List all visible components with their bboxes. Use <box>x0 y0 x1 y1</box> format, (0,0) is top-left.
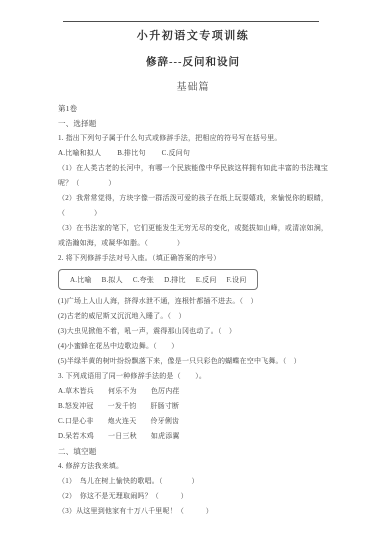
q1-option-c: C.反问句 <box>162 148 190 159</box>
q2-item-1: (1)广场上人山人海，挤得水泄不通，连根针都插不进去。（ ） <box>58 296 328 307</box>
doc-subtitle: 修辞---反问和设问 <box>58 56 328 69</box>
q2-item-5: (5)半绿半黄的树叶纷纷飘落下来，像是一只只彩色的蝴蝶在空中飞舞。（ ） <box>58 356 328 367</box>
q3-row-c-idiom-3: 伶牙俐齿 <box>150 416 179 427</box>
q3-row-c-idiom-2: 炮火连天 <box>108 416 137 427</box>
q4-item-3: （3）从这里到他家有十万八千里呢！（ ） <box>58 506 328 517</box>
q3-row-b-idiom-2: 一发千钧 <box>108 401 137 412</box>
q4-item-1: （1） 鸟儿在树上愉快的歌唱。（ ） <box>58 476 328 487</box>
q1-item-1-line-2: 呢？（ ） <box>58 178 328 189</box>
document-page: 小升初语文专项训练 修辞---反问和设问 基础篇 第1卷 一、选择题 1. 指出… <box>0 0 382 540</box>
q2-item-4: (4)小蜜蜂在花丛中边歌边舞。（ ） <box>58 341 328 352</box>
q4-stem: 4. 修辞方法我来填。 <box>58 461 328 472</box>
q3-row-d-idiom-2: 一日三秋 <box>108 431 137 442</box>
doc-edition: 基础篇 <box>58 81 328 94</box>
q3-row-c-idiom-1: C.口是心非 <box>58 416 94 427</box>
q2-box-option-b: B.拟人 <box>102 275 123 285</box>
q1-item-3-line-1: （3）在书法家的笔下，它们更能发生无穷无尽的变化，或挺拔如山峰，或清凉如涧， <box>58 223 328 234</box>
doc-title: 小升初语文专项训练 <box>58 30 328 43</box>
q3-row-d-idiom-1: D.呆若木鸡 <box>58 431 94 442</box>
q3-row-a-idiom-2: 何乐不为 <box>108 386 137 397</box>
q3-row-b-idiom-1: B.怒发冲冠 <box>58 401 94 412</box>
q1-item-2-line-1: （2）我常常觉得，方块字像一群活泼可爱的孩子在纸上玩耍嬉戏，来愉悦你的眼睛， <box>58 193 328 204</box>
document-content: 小升初语文专项训练 修辞---反问和设问 基础篇 第1卷 一、选择题 1. 指出… <box>58 30 328 517</box>
header-rule <box>63 21 319 22</box>
q1-stem: 1. 指出下列句子属于什么句式或修辞手法，把相应的符号写在括号里。 <box>58 133 328 144</box>
q2-stem: 2. 将下列修辞手法对号入座。（填正确答案的序号） <box>58 253 328 264</box>
q2-item-2: (2)古老的威尼斯又沉沉地入睡了。（ ） <box>58 311 328 322</box>
q1-item-1-line-1: （1）在人类古老的长河中，有哪一个民族能像中华民族这样拥有如此丰富的书法瑰宝 <box>58 163 328 174</box>
volume-label: 第1卷 <box>58 103 328 114</box>
q2-box-option-a: A.比喻 <box>70 275 92 285</box>
q2-options-box: A.比喻 B.拟人 C.夸张 D.排比 E.反问 F.设问 <box>58 269 258 290</box>
section-1-heading: 一、选择题 <box>58 118 328 129</box>
section-2-heading: 二、填空题 <box>58 446 328 457</box>
q2-box-option-f: F.设问 <box>227 275 247 285</box>
q3-row-d: D.呆若木鸡 一日三秋 如虎添翼 <box>58 431 328 442</box>
q3-row-a-idiom-3: 色厉内荏 <box>151 386 180 397</box>
q2-box-option-c: C.夸张 <box>133 275 154 285</box>
q1-option-a: A.比喻和拟人 <box>58 148 101 159</box>
q3-row-a: A.草木皆兵 何乐不为 色厉内荏 <box>58 386 328 397</box>
q3-row-b: B.怒发冲冠 一发千钧 肝肠寸断 <box>58 401 328 412</box>
q1-options-row: A.比喻和拟人 B.排比句 C.反问句 <box>58 148 328 159</box>
q3-row-d-idiom-3: 如虎添翼 <box>151 431 180 442</box>
q1-item-2-line-2: （ ） <box>58 208 328 219</box>
q1-item-3-line-2: 或浩瀚如海，或凝华如脂。（ ） <box>58 238 328 249</box>
q4-item-2: （2） 你这不是无理取闹吗？（ ） <box>58 491 328 502</box>
q2-item-3: (3)大虫见掀他不着，吼一声，震得那山冈也动了。（ ） <box>58 326 328 337</box>
q2-box-option-d: D.排比 <box>164 275 186 285</box>
q3-row-c: C.口是心非 炮火连天 伶牙俐齿 <box>58 416 328 427</box>
q1-option-b: B.排比句 <box>117 148 145 159</box>
q3-stem: 3. 下列成语用了同一种修辞手法的是（ ）。 <box>58 371 328 382</box>
q3-row-b-idiom-3: 肝肠寸断 <box>150 401 179 412</box>
q3-row-a-idiom-1: A.草木皆兵 <box>58 386 94 397</box>
q2-box-option-e: E.反问 <box>196 275 217 285</box>
